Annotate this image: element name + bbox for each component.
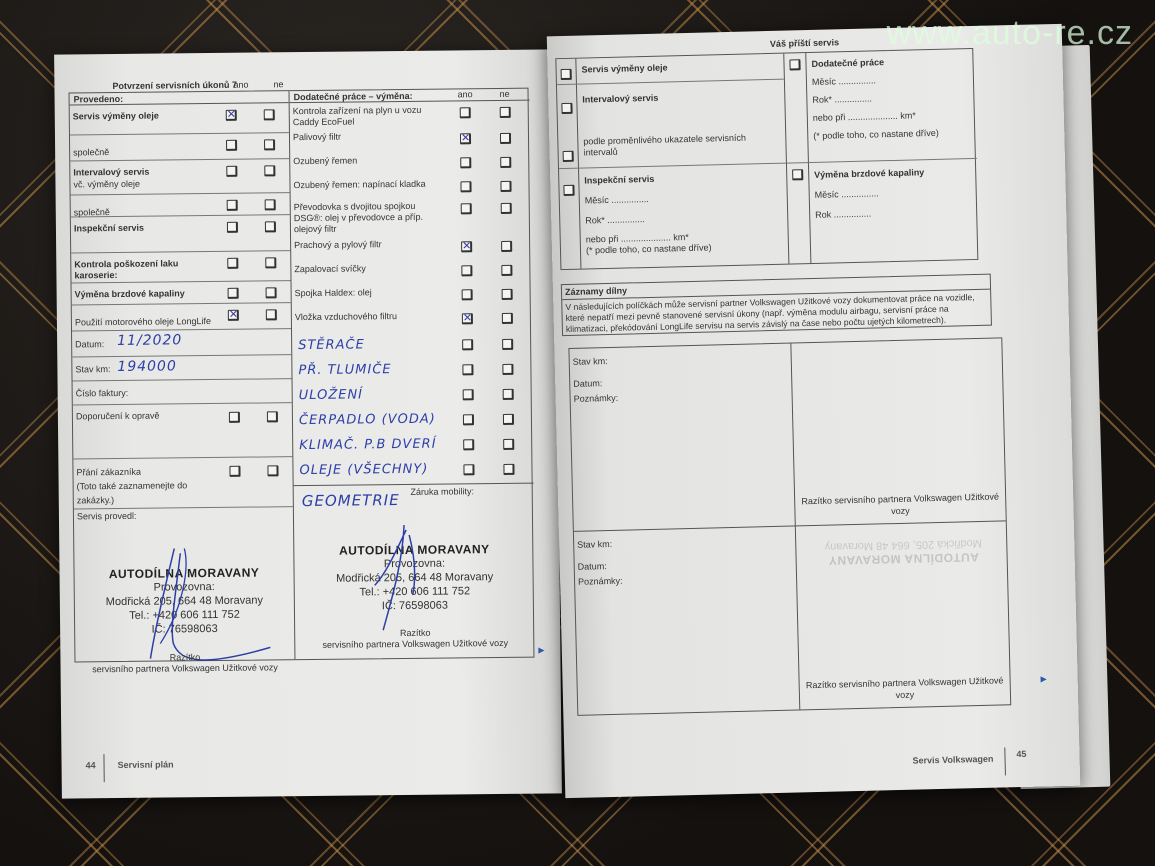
performed-no-checkbox[interactable] (265, 257, 276, 268)
additional-row: Vložka vzduchového filtru (292, 307, 532, 336)
brake-year: Rok ............... (815, 201, 975, 225)
additional-yes-checkbox[interactable] (461, 241, 472, 252)
service-confirmation-form: ano ne Provedeno: Servis výměny olejespo… (69, 88, 535, 663)
additional-label: Zapalovací svíčky (291, 260, 441, 286)
customer-no-checkbox[interactable] (267, 465, 278, 476)
next-service-left: Servis výměny oleje Intervalový servis p… (556, 54, 789, 270)
footer-divider (103, 754, 104, 782)
performed-yes-checkbox[interactable] (227, 200, 238, 211)
additional-label: Převodovka s dvojitou spojkou DSG®: olej… (291, 198, 441, 238)
handwritten-row: PŘ. TLUMIČE (292, 358, 532, 386)
handwritten-yes-checkbox[interactable] (463, 439, 474, 450)
signature-2 (364, 525, 445, 636)
performed-label: společně (70, 134, 220, 161)
date-label: Datum: (72, 331, 107, 356)
additional-label: Vložka vzduchového filtru (292, 308, 442, 336)
handwritten-item: STĚRAČE (298, 337, 365, 353)
left-footer-title: Servisní plán (118, 759, 174, 770)
serviced-by-label: Servis provedl: (74, 507, 293, 523)
handwritten-row: ULOŽENÍ (293, 383, 533, 411)
km-value: 194000 (117, 358, 177, 375)
performed-label: Kontrola poškození laku karoserie: (71, 252, 221, 283)
performed-label: Intervalový servis (70, 160, 220, 195)
additional-no-checkbox[interactable] (500, 157, 511, 168)
right-page-number: 45 (1016, 749, 1026, 759)
performed-row: Intervalový servisvč. výměny oleje (70, 159, 289, 195)
performed-row: Kontrola poškození laku karoserie: (71, 251, 290, 283)
performed-yes-checkbox[interactable] (227, 222, 238, 233)
handwritten-list: STĚRAČEPŘ. TLUMIČEULOŽENÍČERPADLO (VODA)… (292, 333, 534, 486)
additional-yes-checkbox[interactable] (462, 289, 473, 300)
record-1-stamp-caption: Razítko servisního partnera Volkswagen U… (795, 490, 1006, 519)
additional-label: Spojka Haldex: olej (292, 284, 442, 310)
performed-label: Servis výměny oleje (70, 104, 220, 135)
right-page: Váš příští servis Servis výměny oleje In… (547, 24, 1080, 798)
next-service-form: Servis výměny oleje Intervalový servis p… (555, 48, 978, 270)
handwritten-item: PŘ. TLUMIČE (298, 362, 391, 378)
watermark: www.auto-re.cz (887, 14, 1133, 53)
performed-label: Výměna brzdové kapaliny (72, 282, 222, 305)
performed-yes-checkbox[interactable] (226, 140, 237, 151)
col-no-label-2: ne (500, 89, 510, 99)
additional-no-checkbox[interactable] (500, 107, 511, 118)
additional-yes-checkbox[interactable] (461, 203, 472, 214)
repair-no-checkbox[interactable] (267, 411, 278, 422)
performed-sublabel: vč. výměny oleje (73, 179, 140, 190)
handwritten-row: OLEJE (VŠECHNY) (293, 458, 533, 486)
performed-yes-checkbox[interactable] (227, 258, 238, 269)
invoice-label: Číslo faktury: (73, 381, 132, 405)
interval-service-label: Intervalový servis (579, 83, 662, 107)
repair-label: Doporučení k opravě (73, 405, 163, 459)
oil-service-label: Servis výměny oleje (578, 56, 671, 83)
performed-header: Provedeno: (70, 93, 128, 105)
footer-divider-right (1004, 747, 1006, 775)
additional-yes-checkbox[interactable] (460, 157, 471, 168)
performed-no-checkbox[interactable] (264, 109, 275, 120)
next-page-arrow-icon-right: ▶ (1041, 674, 1047, 683)
handwritten-yes-checkbox[interactable] (463, 414, 474, 425)
additional-row: Ozubený řemen: napínací kladka (290, 175, 530, 200)
additional-no-checkbox[interactable] (501, 203, 512, 214)
additional-label: Ozubený řemen: napínací kladka (290, 176, 440, 200)
additional-row: Palivový filtr (290, 127, 530, 154)
col-yes-label-2: ano (458, 89, 473, 99)
handwritten-item: KLIMAČ. P.B DVERÍ (299, 437, 436, 453)
inspection-checkbox[interactable] (563, 185, 574, 196)
handwritten-yes-checkbox[interactable] (462, 339, 473, 350)
performed-no-checkbox[interactable] (266, 287, 277, 298)
handwritten-item: OLEJE (VŠECHNY) (299, 462, 428, 478)
performed-yes-checkbox[interactable] (226, 166, 237, 177)
additional-label: Kontrola zařízení na plyn u vozu Caddy E… (290, 102, 440, 130)
performed-no-checkbox[interactable] (265, 199, 276, 210)
performed-row: Použití motorového oleje LongLife (72, 303, 291, 331)
performed-no-checkbox[interactable] (266, 309, 277, 320)
additional-no-checkbox[interactable] (502, 313, 513, 324)
mobility-cell: Záruka mobility: GEOMETRIE AUTODÍLNA MOR… (294, 483, 536, 656)
performed-row: Servis výměny oleje (70, 103, 289, 135)
handwritten-row: ČERPADLO (VODA) (293, 408, 533, 436)
handwritten-item: ULOŽENÍ (299, 387, 363, 403)
handwritten-no-checkbox[interactable] (502, 339, 513, 350)
additional-footnote: (* podle toho, co nastane dříve) (813, 124, 939, 145)
right-footer-title: Servis Volkswagen (912, 754, 993, 766)
additional-yes-checkbox[interactable] (460, 133, 471, 144)
additional-row: Zapalovací svíčky (291, 259, 531, 286)
additional-no-checkbox[interactable] (501, 265, 512, 276)
additional-column: Dodatečné práce – výměna: ano ne Kontrol… (290, 89, 536, 659)
performed-yes-checkbox[interactable] (226, 110, 237, 121)
handwritten-no-checkbox[interactable] (502, 364, 513, 375)
performed-no-checkbox[interactable] (265, 221, 276, 232)
interval-service-checkbox[interactable] (561, 103, 572, 114)
left-page-title: Potvrzení servisních úkonů 7 (112, 80, 237, 91)
handwritten-row: STĚRAČE (292, 333, 532, 361)
additional-work-checkbox[interactable] (789, 59, 800, 70)
date-value: 11/2020 (117, 332, 182, 349)
handwritten-no-checkbox[interactable] (503, 439, 514, 450)
additional-yes-checkbox[interactable] (460, 181, 471, 192)
additional-no-checkbox[interactable] (501, 241, 512, 252)
additional-header: Dodatečné práce – výměna: (290, 90, 417, 102)
handwritten-item: ČERPADLO (VODA) (299, 412, 436, 428)
additional-no-checkbox[interactable] (500, 181, 511, 192)
col-no-label: ne (273, 79, 283, 89)
handwritten-yes-checkbox[interactable] (463, 389, 474, 400)
additional-label: Ozubený řemen (290, 152, 440, 178)
additional-row: Kontrola zařízení na plyn u vozu Caddy E… (290, 101, 530, 130)
performed-label: Použití motorového oleje LongLife (72, 304, 222, 331)
km-row: Stav km: 194000 (72, 355, 291, 381)
handwritten-no-checkbox[interactable] (503, 464, 514, 475)
km-label: Stav km: (72, 357, 113, 380)
performed-row: Inspekční servis (71, 215, 290, 253)
next-service-right: Dodatečné práce Měsíc ............... Ro… (784, 49, 979, 264)
repair-yes-checkbox[interactable] (229, 412, 240, 423)
next-page-arrow-icon: ▶ (538, 646, 544, 655)
performed-row: společně (70, 133, 289, 161)
additional-row: Prachový a pylový filtr (291, 235, 531, 262)
performed-yes-checkbox[interactable] (228, 310, 239, 321)
interval-note: podle proměnlivého ukazatele servisních … (580, 130, 781, 161)
customer-row: Přání zákazníka (Toto také zaznamenejte … (73, 457, 293, 509)
handwritten-no-checkbox[interactable] (503, 414, 514, 425)
stamp-caption-2-2: servisního partnera Volkswagen Užitkové … (295, 638, 535, 652)
additional-row: Ozubený řemen (290, 151, 530, 178)
handwritten-row: KLIMAČ. P.B DVERÍ (293, 433, 533, 461)
customer-label: Přání zákazníka (76, 464, 216, 479)
brake-fluid-checkbox[interactable] (792, 169, 803, 180)
performed-column: ano ne Provedeno: Servis výměny olejespo… (70, 91, 296, 661)
additional-label: Palivový filtr (290, 128, 440, 154)
additional-list: Kontrola zařízení na plyn u vozu Caddy E… (290, 101, 532, 336)
oil-service-checkbox[interactable] (561, 69, 572, 80)
left-page: Potvrzení servisních úkonů 7 ano ne Prov… (54, 49, 562, 798)
handwritten-no-checkbox[interactable] (503, 389, 514, 400)
handwritten-yes-checkbox[interactable] (463, 464, 474, 475)
additional-row: Spojka Haldex: olej (292, 283, 532, 310)
customer-note: (Toto také zaznamenejte do zakázky.) (77, 478, 217, 507)
workshop-records-box: Záznamy dílny V následujících políčkách … (561, 274, 992, 336)
col-yes-label: ano (233, 80, 248, 90)
additional-label: Prachový a pylový filtr (291, 236, 441, 262)
records-grid: Stav km: Datum: Poznámky: Razítko servis… (568, 337, 1011, 715)
handwritten-yes-checkbox[interactable] (462, 364, 473, 375)
performed-yes-checkbox[interactable] (228, 288, 239, 299)
performed-row: společně (71, 193, 290, 217)
record-entry-2: Stav km: Datum: Poznámky: AUTODÍLNA MORA… (574, 521, 1010, 715)
additional-row: Převodovka s dvojitou spojkou DSG®: olej… (291, 197, 531, 238)
bleed-through-stamp: AUTODÍLNA MORAVANY Modřická 205, 664 48 … (810, 536, 997, 569)
record-2-stamp-caption: Razítko servisního partnera Volkswagen U… (800, 674, 1011, 703)
date-row: Datum: 11/2020 (72, 329, 291, 357)
record-entry-1: Stav km: Datum: Poznámky: Razítko servis… (569, 338, 1005, 532)
customer-yes-checkbox[interactable] (229, 466, 240, 477)
repair-row[interactable]: Doporučení k opravě (73, 403, 293, 459)
additional-yes-checkbox[interactable] (460, 107, 471, 118)
performed-row: Výměna brzdové kapaliny (72, 281, 291, 305)
serviced-by-cell: Servis provedl: AUTODÍLNA MORAVANY Provo… (74, 507, 295, 679)
additional-no-checkbox[interactable] (502, 289, 513, 300)
performed-no-checkbox[interactable] (264, 165, 275, 176)
invoice-row: Číslo faktury: (73, 379, 292, 405)
additional-no-checkbox[interactable] (500, 133, 511, 144)
performed-list: Servis výměny olejespolečněIntervalový s… (70, 103, 291, 331)
performed-no-checkbox[interactable] (264, 139, 275, 150)
stamp-caption-2: servisního partnera Volkswagen Užitkové … (76, 662, 295, 675)
additional-yes-checkbox[interactable] (461, 265, 472, 276)
additional-yes-checkbox[interactable] (462, 313, 473, 324)
performed-label: společně (71, 194, 221, 217)
performed-label: Inspekční servis (71, 216, 221, 253)
handwritten-geometrie: GEOMETRIE (302, 491, 400, 510)
left-page-number: 44 (86, 760, 96, 770)
interval-variable-checkbox[interactable] (563, 151, 574, 162)
